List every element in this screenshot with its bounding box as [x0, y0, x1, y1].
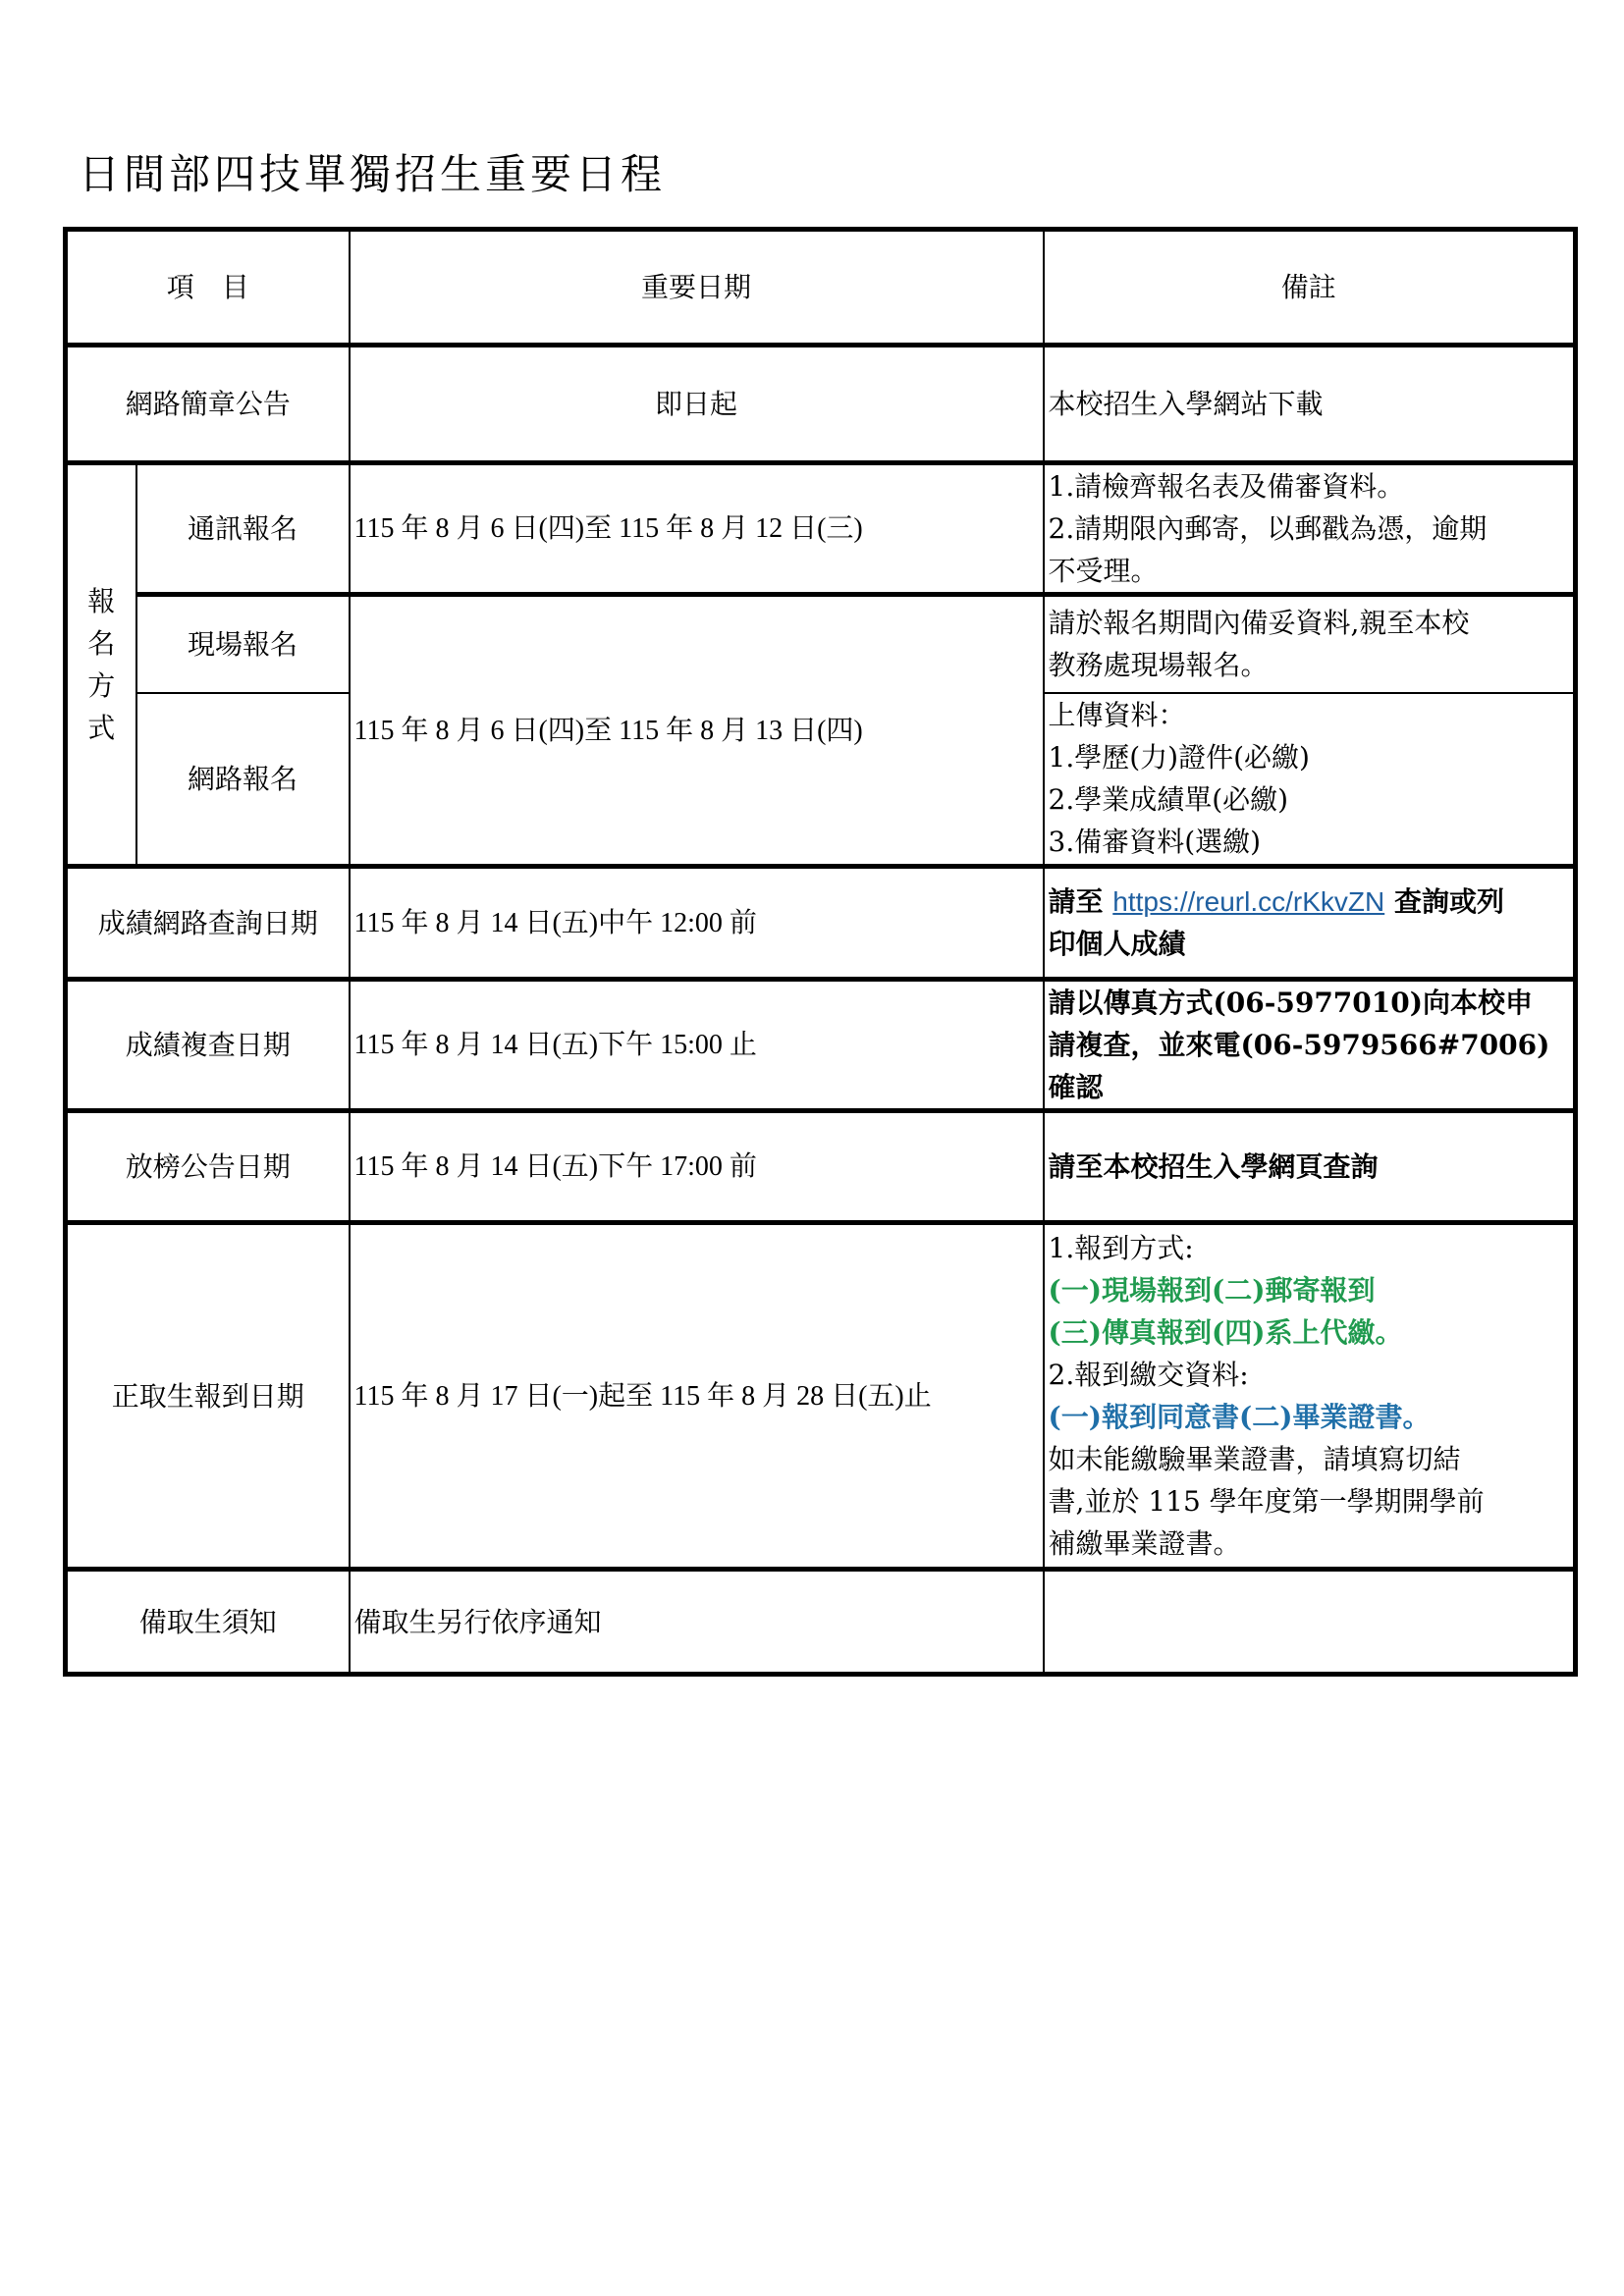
table-row: 成績網路查詢日期 115 年 8 月 14 日(五)中午 12:00 前 請至 … — [66, 867, 1576, 980]
table-row: 放榜公告日期 115 年 8 月 14 日(五)下午 17:00 前 請至本校招… — [66, 1111, 1576, 1223]
date-cell: 即日起 — [350, 346, 1044, 463]
date-cell: 備取生另行依序通知 — [350, 1570, 1044, 1675]
report-method-line: (三)傳真報到(四)系上代繳。 — [1049, 1311, 1570, 1354]
note-line: 不受理。 — [1049, 550, 1570, 592]
schedule-table: 項 目 重要日期 備註 網路簡章公告 即日起 本校招生入學網站下載 報 名 方 … — [63, 227, 1578, 1677]
note-line: 3.備審資料(選繳) — [1049, 821, 1570, 863]
item-cell: 正取生報到日期 — [66, 1223, 350, 1570]
note-line: 請複查，並來電(06-5979566#7006) — [1049, 1024, 1570, 1066]
item-cell: 備取生須知 — [66, 1570, 350, 1675]
group-char: 方 — [72, 665, 132, 707]
date-cell: 115 年 8 月 6 日(四)至 115 年 8 月 13 日(四) — [350, 595, 1044, 867]
page-title: 日間部四技單獨招生重要日程 — [79, 142, 666, 201]
table-row: 現場報名 115 年 8 月 6 日(四)至 115 年 8 月 13 日(四)… — [66, 595, 1576, 693]
registration-group-label: 報 名 方 式 — [66, 463, 136, 867]
score-query-link[interactable]: https://reurl.cc/rKkvZN — [1112, 886, 1384, 917]
date-cell: 115 年 8 月 6 日(四)至 115 年 8 月 12 日(三) — [350, 463, 1044, 595]
note-line: 如未能繳驗畢業證書，請填寫切結 — [1049, 1438, 1570, 1480]
header-date: 重要日期 — [350, 230, 1044, 346]
table-row: 備取生須知 備取生另行依序通知 — [66, 1570, 1576, 1675]
table-row: 報 名 方 式 通訊報名 115 年 8 月 6 日(四)至 115 年 8 月… — [66, 463, 1576, 595]
note-cell: 請以傳真方式(06-5977010)向本校申 請複查，並來電(06-597956… — [1044, 980, 1576, 1111]
note-text: 請至 — [1049, 885, 1113, 918]
note-cell: 1.報到方式: (一)現場報到(二)郵寄報到 (三)傳真報到(四)系上代繳。 2… — [1044, 1223, 1576, 1570]
date-cell: 115 年 8 月 14 日(五)下午 15:00 止 — [350, 980, 1044, 1111]
note-cell: 上傳資料： 1.學歷(力)證件(必繳) 2.學業成績單(必繳) 3.備審資料(選… — [1044, 693, 1576, 867]
date-cell: 115 年 8 月 14 日(五)下午 17:00 前 — [350, 1111, 1044, 1223]
item-cell: 放榜公告日期 — [66, 1111, 350, 1223]
item-cell: 成績網路查詢日期 — [66, 867, 350, 980]
item-cell: 通訊報名 — [136, 463, 350, 595]
note-line: 2.報到繳交資料: — [1049, 1354, 1570, 1396]
note-line: 1.報到方式: — [1049, 1227, 1570, 1269]
note-line: 2.請期限內郵寄，以郵戳為憑，逾期 — [1049, 507, 1570, 550]
note-line: 補繳畢業證書。 — [1049, 1522, 1570, 1565]
note-cell — [1044, 1570, 1576, 1675]
note-cell: 請至 https://reurl.cc/rKkvZN 查詢或列 印個人成績 — [1044, 867, 1576, 980]
note-cell: 本校招生入學網站下載 — [1044, 346, 1576, 463]
item-cell: 網路報名 — [136, 693, 350, 867]
note-line: 請以傳真方式(06-5977010)向本校申 — [1049, 982, 1570, 1024]
group-char: 報 — [72, 580, 132, 622]
item-cell: 現場報名 — [136, 595, 350, 693]
item-cell: 成績複查日期 — [66, 980, 350, 1111]
note-line: 請於報名期間內備妥資料,親至本校 — [1049, 602, 1570, 644]
item-cell: 網路簡章公告 — [66, 346, 350, 463]
date-cell: 115 年 8 月 14 日(五)中午 12:00 前 — [350, 867, 1044, 980]
header-note: 備註 — [1044, 230, 1576, 346]
date-cell: 115 年 8 月 17 日(一)起至 115 年 8 月 28 日(五)止 — [350, 1223, 1044, 1570]
note-line: 印個人成績 — [1049, 923, 1570, 965]
note-cell: 請於報名期間內備妥資料,親至本校 教務處現場報名。 — [1044, 595, 1576, 693]
header-row: 項 目 重要日期 備註 — [66, 230, 1576, 346]
note-text: 查詢或列 — [1384, 885, 1504, 918]
note-cell: 請至本校招生入學網頁查詢 — [1044, 1111, 1576, 1223]
report-documents-line: (一)報到同意書(二)畢業證書。 — [1049, 1396, 1570, 1438]
group-char: 式 — [72, 707, 132, 749]
note-cell: 1.請檢齊報名表及備審資料。 2.請期限內郵寄，以郵戳為憑，逾期 不受理。 — [1044, 463, 1576, 595]
note-line: 1.學歷(力)證件(必繳) — [1049, 736, 1570, 778]
note-line: 上傳資料： — [1049, 694, 1570, 736]
table-row: 成績複查日期 115 年 8 月 14 日(五)下午 15:00 止 請以傳真方… — [66, 980, 1576, 1111]
note-line: 2.學業成績單(必繳) — [1049, 778, 1570, 821]
note-line: 確認 — [1049, 1066, 1570, 1108]
note-line: 教務處現場報名。 — [1049, 644, 1570, 686]
note-line: 書,並於 115 學年度第一學期開學前 — [1049, 1480, 1570, 1522]
header-item: 項 目 — [66, 230, 350, 346]
note-line: 1.請檢齊報名表及備審資料。 — [1049, 465, 1570, 507]
report-method-line: (一)現場報到(二)郵寄報到 — [1049, 1269, 1570, 1311]
group-char: 名 — [72, 622, 132, 665]
table-row: 網路簡章公告 即日起 本校招生入學網站下載 — [66, 346, 1576, 463]
table-row: 正取生報到日期 115 年 8 月 17 日(一)起至 115 年 8 月 28… — [66, 1223, 1576, 1570]
